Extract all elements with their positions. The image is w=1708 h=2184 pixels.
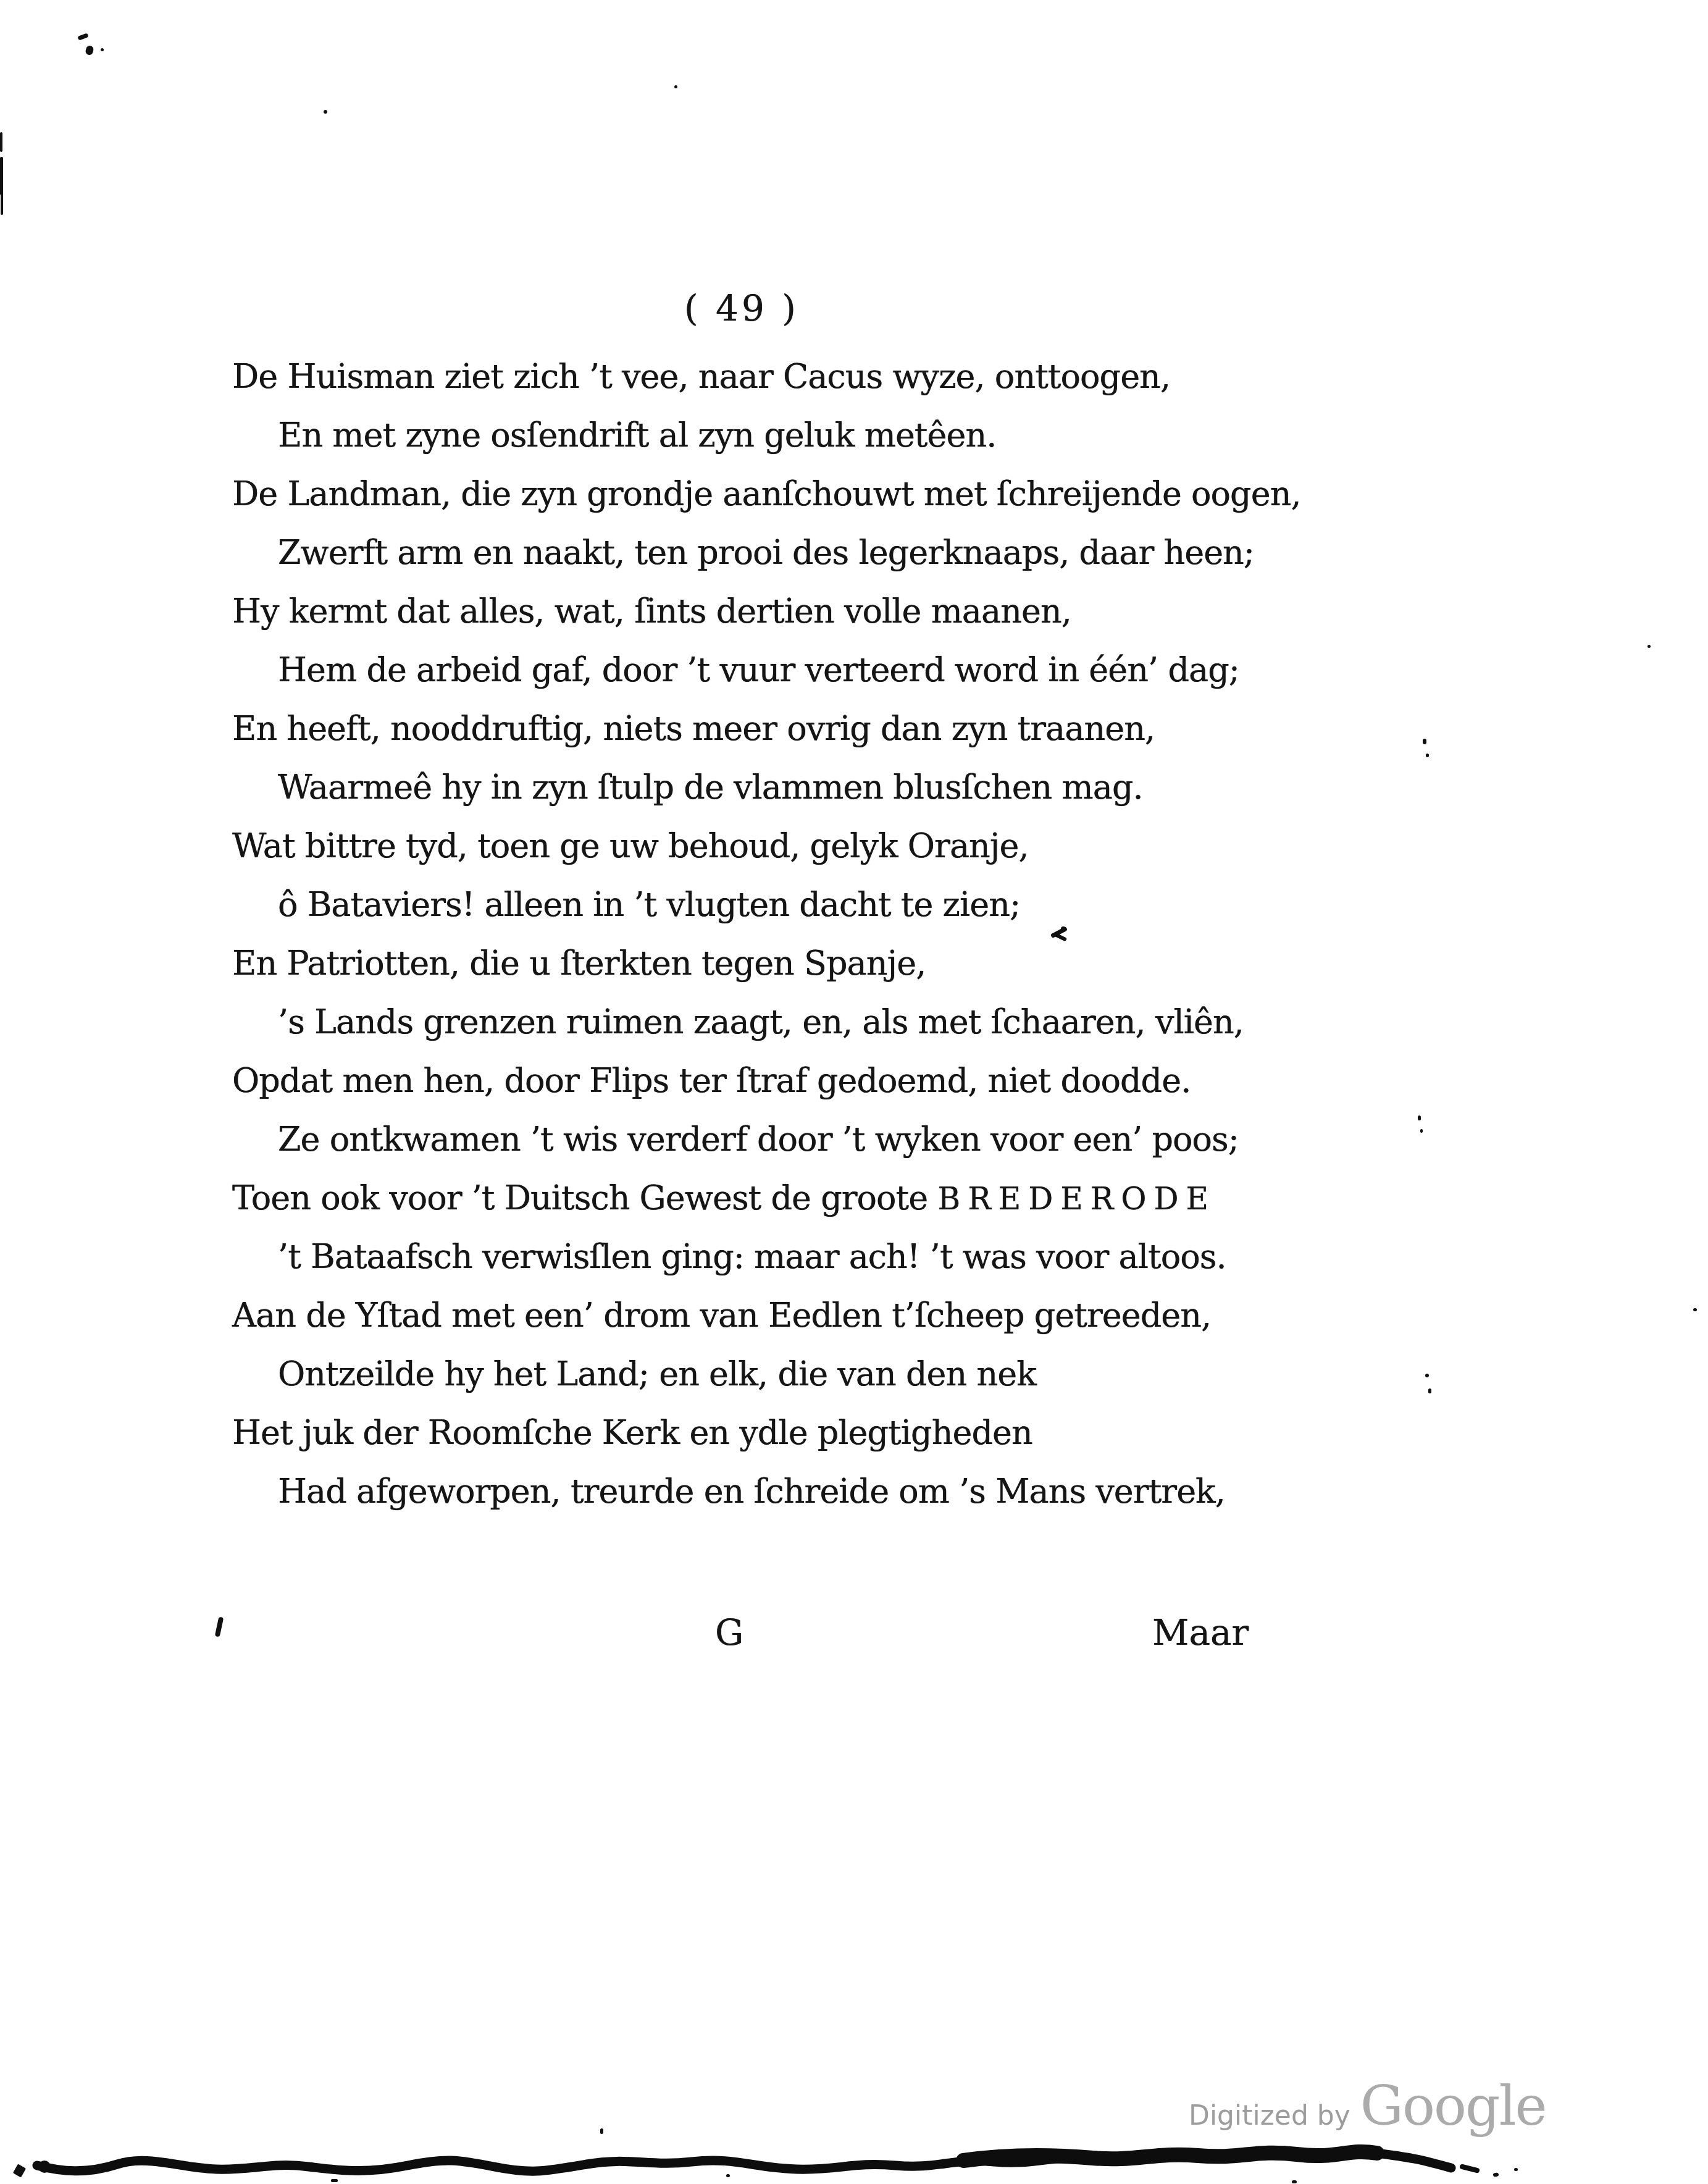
ink-speck	[1647, 645, 1651, 648]
ink-speck	[85, 45, 94, 56]
ink-speck	[1428, 1388, 1431, 1393]
ink-speck	[1425, 1374, 1429, 1377]
ink-speck	[1423, 739, 1426, 744]
poem-line-text: Ontzeilde hy het Land; en elk, die van d…	[278, 1354, 1036, 1393]
poem-line: Toen ook voor ’t Duitsch Gewest de groot…	[232, 1169, 1313, 1227]
poem-line-text: De Landman, die zyn grondje aanſchouwt m…	[232, 474, 1301, 513]
ink-speck	[0, 157, 3, 195]
ink-speck	[1693, 1308, 1697, 1311]
ink-speck	[77, 33, 88, 40]
ink-speck	[1514, 2168, 1518, 2171]
poem-line-text: Toen ook voor ’t Duitsch Gewest de groot…	[232, 1178, 937, 1217]
poem-line-text: Het juk der Roomſche Kerk en ydle plegti…	[232, 1413, 1032, 1452]
poem-line-text: En met zyne osſendrift al zyn geluk metê…	[278, 416, 996, 455]
poem-line: De Huisman ziet zich ’t vee, naar Cacus …	[232, 347, 1313, 406]
ink-speck	[215, 1617, 224, 1637]
poem-line-text: Zwerft arm en naakt, ten prooi des leger…	[278, 533, 1254, 572]
poem-line-text: Aan de Yſtad met een’ drom van Eedlen t’…	[232, 1296, 1211, 1335]
poem-line-text: Wat bittre tyd, toen ge uw behoud, gelyk…	[232, 826, 1029, 865]
poem-line: Waarmeê hy in zyn ſtulp de vlammen blusſ…	[232, 758, 1313, 817]
ink-speck	[1, 187, 3, 215]
poem-line-text: En heeft, nooddruftig, niets meer ovrig …	[232, 709, 1155, 748]
ink-speck	[13, 2164, 26, 2177]
ink-speck	[674, 85, 677, 88]
ink-speck	[1418, 1115, 1421, 1120]
poem-line: ô Bataviers! alleen in ’t vlugten dacht …	[232, 875, 1313, 934]
catchword: Maar	[1152, 1603, 1249, 1662]
ink-speck	[0, 132, 2, 152]
poem-line: ’s Lands grenzen ruimen zaagt, en, als m…	[232, 993, 1313, 1051]
digitized-by-google-watermark: Digitized by Google	[1189, 2074, 1546, 2138]
ink-speck	[726, 2174, 730, 2177]
poem-line: Ontzeilde hy het Land; en elk, die van d…	[232, 1345, 1313, 1403]
poem-line-text: ’s Lands grenzen ruimen zaagt, en, als m…	[278, 1002, 1244, 1041]
poem-line-text: Ze ontkwamen ’t wis verderf door ’t wyke…	[278, 1120, 1239, 1159]
poem-line-text: Hem de arbeid gaf, door ’t vuur verteerd…	[278, 650, 1239, 689]
poem-line: En met zyne osſendrift al zyn geluk metê…	[232, 406, 1313, 464]
poem-line: En heeft, nooddruftig, niets meer ovrig …	[232, 699, 1313, 758]
poem-line-text: ’t Bataafsch verwisſlen ging: maar ach! …	[278, 1237, 1226, 1276]
signature-mark: G	[715, 1603, 743, 1662]
poem-line-text: ô Bataviers! alleen in ’t vlugten dacht …	[278, 885, 1020, 924]
scanned-book-page: ( 49 ) De Huisman ziet zich ’t vee, naar…	[0, 0, 1708, 2184]
google-logo-text: Google	[1360, 2074, 1546, 2138]
poem-line: ’t Bataafsch verwisſlen ging: maar ach! …	[232, 1227, 1313, 1286]
poem-line: Hem de arbeid gaf, door ’t vuur verteerd…	[232, 640, 1313, 699]
poem-line: Het juk der Roomſche Kerk en ydle plegti…	[232, 1403, 1313, 1462]
ink-speck	[1420, 1129, 1423, 1133]
poem-line-text: De Huisman ziet zich ’t vee, naar Cacus …	[232, 357, 1170, 396]
ink-speck	[101, 48, 104, 51]
poem-line-text: En Patriotten, die u ſterkten tegen Span…	[232, 944, 926, 983]
ink-speck	[324, 110, 327, 114]
ink-speck	[1426, 754, 1429, 757]
poem-line: De Landman, die zyn grondje aanſchouwt m…	[232, 464, 1313, 523]
poem: De Huisman ziet zich ’t vee, naar Cacus …	[232, 347, 1313, 1521]
poem-line-spaced-caps: Brederode	[937, 1181, 1216, 1217]
ink-speck	[600, 2128, 603, 2134]
page-number-header: ( 49 )	[232, 279, 1251, 338]
poem-line: Wat bittre tyd, toen ge uw behoud, gelyk…	[232, 817, 1313, 875]
poem-line-text: Hy kermt dat alles, wat, ſints dertien v…	[232, 592, 1071, 631]
ink-speck	[331, 2179, 338, 2182]
poem-line-text: Had afgeworpen, treurde en ſchreide om ’…	[278, 1472, 1225, 1511]
poem-line: En Patriotten, die u ſterkten tegen Span…	[232, 934, 1313, 993]
ink-speck	[1493, 2172, 1499, 2177]
poem-line: Zwerft arm en naakt, ten prooi des leger…	[232, 523, 1313, 582]
poem-line: Hy kermt dat alles, wat, ſints dertien v…	[232, 582, 1313, 640]
ink-speck	[1292, 2180, 1297, 2183]
watermark-prefix-text: Digitized by	[1189, 2100, 1350, 2131]
poem-line: Aan de Yſtad met een’ drom van Eedlen t’…	[232, 1286, 1313, 1345]
poem-line: Opdat men hen, door Flips ter ſtraf gedo…	[232, 1051, 1313, 1110]
poem-line-text: Opdat men hen, door Flips ter ſtraf gedo…	[232, 1061, 1191, 1100]
poem-line: Had afgeworpen, treurde en ſchreide om ’…	[232, 1462, 1313, 1521]
poem-line: Ze ontkwamen ’t wis verderf door ’t wyke…	[232, 1110, 1313, 1169]
poem-line-text: Waarmeê hy in zyn ſtulp de vlammen blusſ…	[278, 768, 1143, 807]
